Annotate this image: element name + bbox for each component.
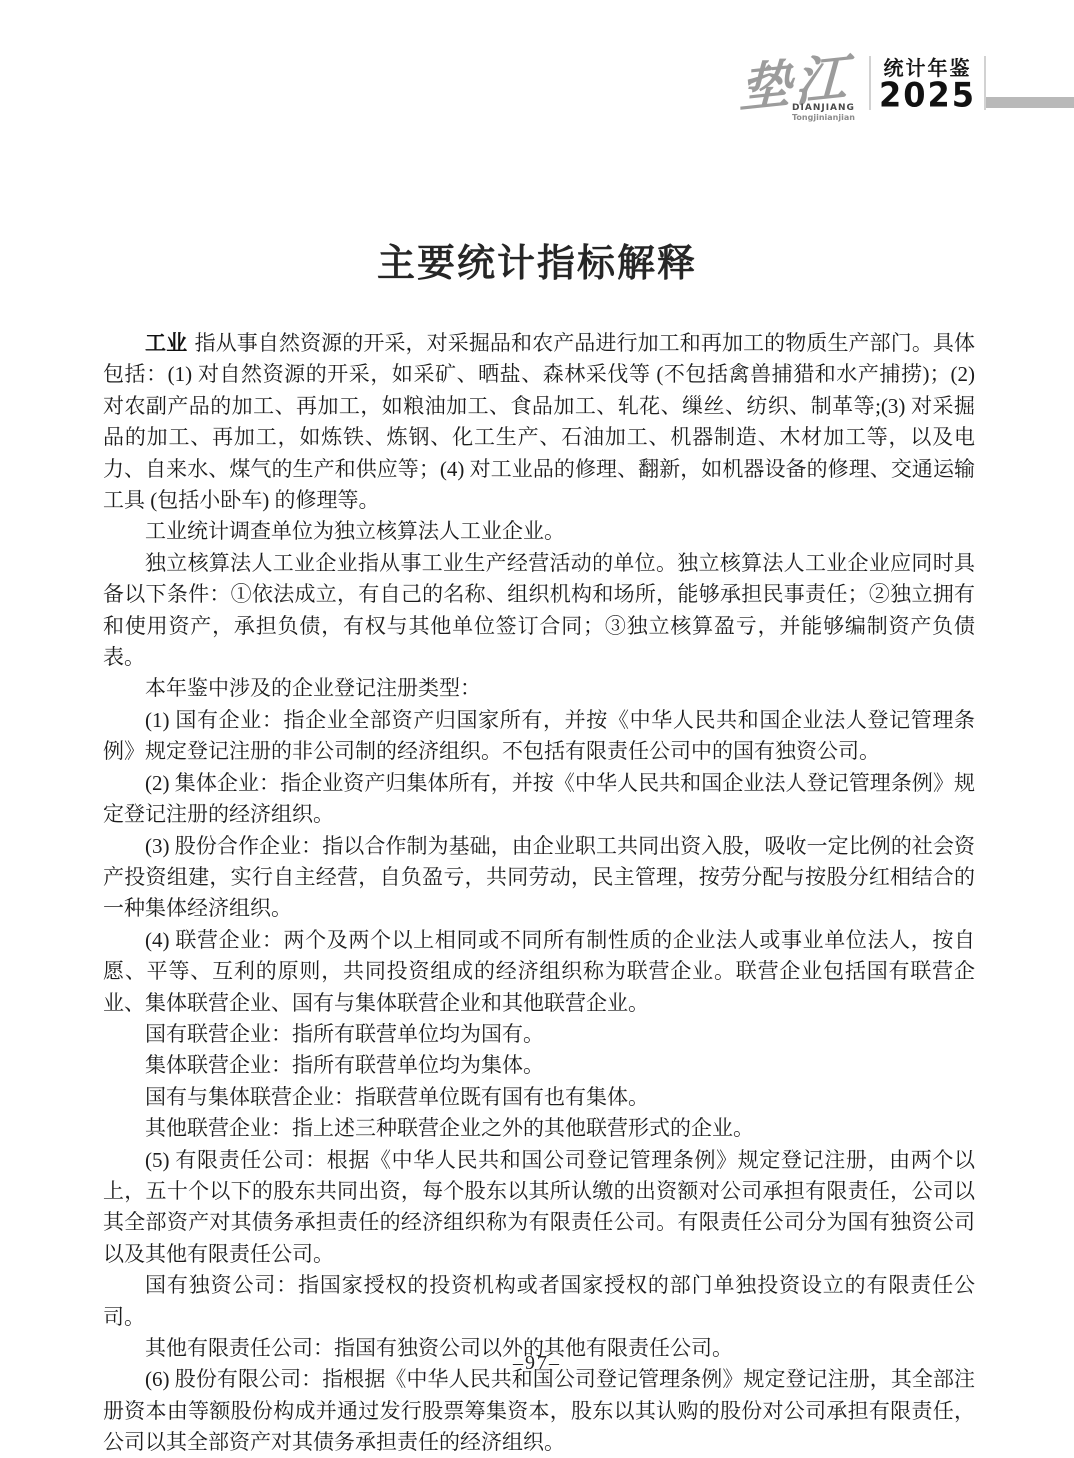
paragraph: (1) 国有企业：指企业全部资产归国家所有，并按《中华人民共和国企业法人登记管理… (103, 705, 975, 768)
yearbook-page: 垫江 DIANJIANG Tongjinianjian 统计年鉴 2025 主要… (0, 0, 1074, 1458)
paragraph: (2) 集体企业：指企业资产归集体所有，并按《中华人民共和国企业法人登记管理条例… (103, 768, 975, 831)
paragraph: (4) 联营企业：两个及两个以上相同或不同所有制性质的企业法人或事业单位法人，按… (103, 925, 975, 1019)
body-text: 工业 指从事自然资源的开采，对采掘品和农产品进行加工和再加工的物质生产部门。具体… (103, 328, 975, 1458)
logo-brand-block: 垫江 DIANJIANG Tongjinianjian (739, 58, 851, 110)
header-rule-bar (986, 97, 1074, 108)
paragraph: (3) 股份合作企业：指以合作制为基础，由企业职工共同出资入股，吸收一定比例的社… (103, 831, 975, 925)
paragraph: 独立核算法人工业企业指从事工业生产经营活动的单位。独立核算法人工业企业应同时具备… (103, 548, 975, 674)
page-footer: –97– (0, 1352, 1074, 1375)
logo-latin-sub: Tongjinianjian (792, 114, 855, 122)
logo-latin-text: DIANJIANG Tongjinianjian (792, 104, 855, 122)
paragraph: 本年鉴中涉及的企业登记注册类型： (103, 673, 975, 704)
paragraph: 工业 指从事自然资源的开采，对采掘品和农产品进行加工和再加工的物质生产部门。具体… (103, 328, 975, 516)
paragraph: 国有联营企业：指所有联营单位均为国有。 (103, 1019, 975, 1050)
term-lead: 工业 (145, 331, 195, 355)
yearbook-logo: 垫江 DIANJIANG Tongjinianjian 统计年鉴 2025 (739, 56, 986, 110)
paragraph: 集体联营企业：指所有联营单位均为集体。 (103, 1050, 975, 1081)
logo-yearbook-block: 统计年鉴 2025 (869, 56, 986, 110)
paragraph: (6) 股份有限公司：指根据《中华人民共和国公司登记管理条例》规定登记注册，其全… (103, 1364, 975, 1458)
paragraph: 工业统计调查单位为独立核算法人工业企业。 (103, 516, 975, 547)
paragraph: 国有与集体联营企业：指联营单位既有国有也有集体。 (103, 1082, 975, 1113)
paragraph: 其他联营企业：指上述三种联营企业之外的其他联营形式的企业。 (103, 1113, 975, 1144)
paragraph: (5) 有限责任公司：根据《中华人民共和国公司登记管理条例》规定登记注册，由两个… (103, 1145, 975, 1271)
paragraph: 国有独资公司：指国家授权的投资机构或者国家授权的部门单独投资设立的有限责任公司。 (103, 1270, 975, 1333)
logo-year: 2025 (879, 79, 976, 111)
page-number: –97– (513, 1352, 561, 1374)
page-title: 主要统计指标解释 (0, 232, 1074, 287)
